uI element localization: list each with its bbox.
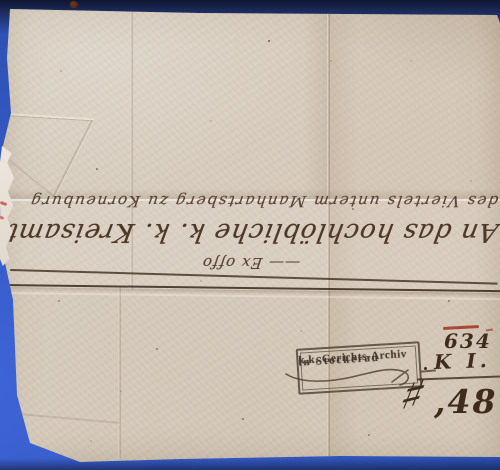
- letter-photo: des Viertels unterm Manhartsberg zu Korn…: [0, 0, 500, 470]
- paper-specks-dark: [0, 0, 2, 2]
- class-mark: K I.: [434, 348, 491, 374]
- ink-dot: [424, 367, 427, 370]
- handwriting-ex-offo-note: —— Ex offo: [183, 254, 302, 272]
- diagonal-crease-bottom-left: [18, 413, 120, 424]
- postage-due-value: ,48: [434, 382, 497, 421]
- handwriting-line-upper: des Viertels unterm Manhartsberg zu Korn…: [21, 192, 500, 210]
- paper-shading-top-right: [340, 14, 500, 84]
- letter-sheet: des Viertels unterm Manhartsberg zu Korn…: [0, 0, 500, 470]
- triangle-fold-crease-top: [6, 113, 94, 120]
- red-wax-traces: [0, 201, 7, 206]
- vertical-fold-line-left-lower: [118, 286, 121, 458]
- brown-stain-spot: [70, 1, 78, 8]
- vertical-fold-soft-shadow: [303, 12, 327, 202]
- postage-due-mark: ♯ ,48: [402, 372, 500, 424]
- vertical-fold-line-left-upper: [130, 8, 133, 290]
- triangle-fold-crease-diagonal: [54, 120, 93, 196]
- handwriting-line-lower: An das hochlöbliche k. k. Kreisamt: [5, 216, 500, 247]
- paper-specks-light: [0, 0, 2, 2]
